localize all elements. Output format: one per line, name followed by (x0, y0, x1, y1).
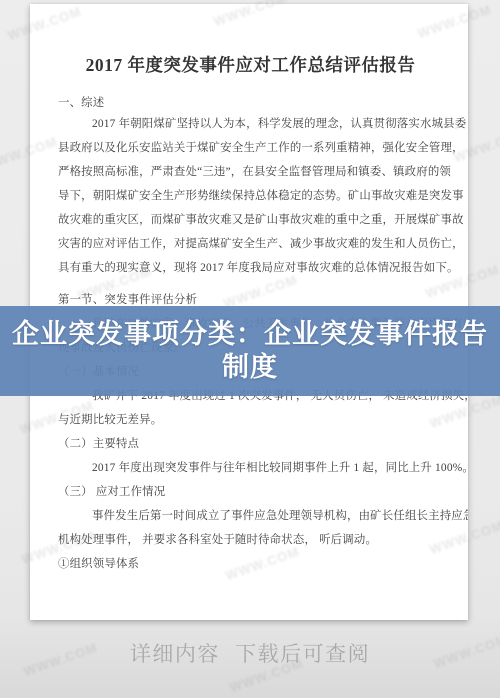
document-line: 2017 年度出现突发事件与往年相比较同期事件上升 1 起，同比上升 100%。 (58, 456, 443, 480)
document-line: ①组织领导体系 (58, 552, 443, 576)
download-hint: 详细内容 下载后可查阅 (0, 638, 500, 668)
document-line: 故灾难的重灾区，而煤矿事故灾难又是矿山事故灾难的重中之重，开展煤矿事故 (58, 208, 443, 232)
document-line: 导下，朝阳煤矿安全生产形势继续保持总体稳定的态势。矿山事故灾难是突发事 (58, 184, 443, 208)
preview-stage: 2017 年度突发事件应对工作总结评估报告 一、综述2017 年朝阳煤矿坚持以人… (0, 0, 500, 698)
document-line: （二）主要特点 (58, 432, 443, 456)
document-line: 与近期比较无差异。 (58, 408, 443, 432)
document-title: 2017 年度突发事件应对工作总结评估报告 (58, 52, 443, 78)
document-line: 严格按照高标准，严肃查处“三违”，在县安全监督管理局和镇委、镇政府的领 (58, 160, 443, 184)
document-line: 灾害的应对评估工作，对提高煤矿安全生产、减少事故灾难的发生和人员伤亡， (58, 232, 443, 256)
document-line: 一、综述 (58, 94, 443, 112)
document-line: 机构处理事件， 并要求各科室处于随时待命状态， 听后调动。 (58, 528, 443, 552)
document-line: （三） 应对工作情况 (58, 480, 443, 504)
document-line: 2017 年朝阳煤矿坚持以人为本，科学发展的理念，认真贯彻落实水城县委 (58, 112, 443, 136)
promo-banner[interactable]: 企业突发事项分类：企业突发事件报告 制度 (0, 306, 500, 396)
promo-banner-text-line2: 制度 (222, 351, 278, 384)
document-line: 县政府以及化乐安监站关于煤矿安全生产工作的一系列重精神，强化安全管理， (58, 136, 443, 160)
document-line: 具有重大的现实意义，现将 2017 年度我局应对事故灾难的总体情况报告如下。 (58, 256, 443, 280)
promo-banner-text-line1: 企业突发事项分类：企业突发事件报告 (12, 318, 488, 351)
document-line: 事件发生后第一时间成立了事件应急处理领导机构，由矿长任组长主持应急 (58, 504, 443, 528)
